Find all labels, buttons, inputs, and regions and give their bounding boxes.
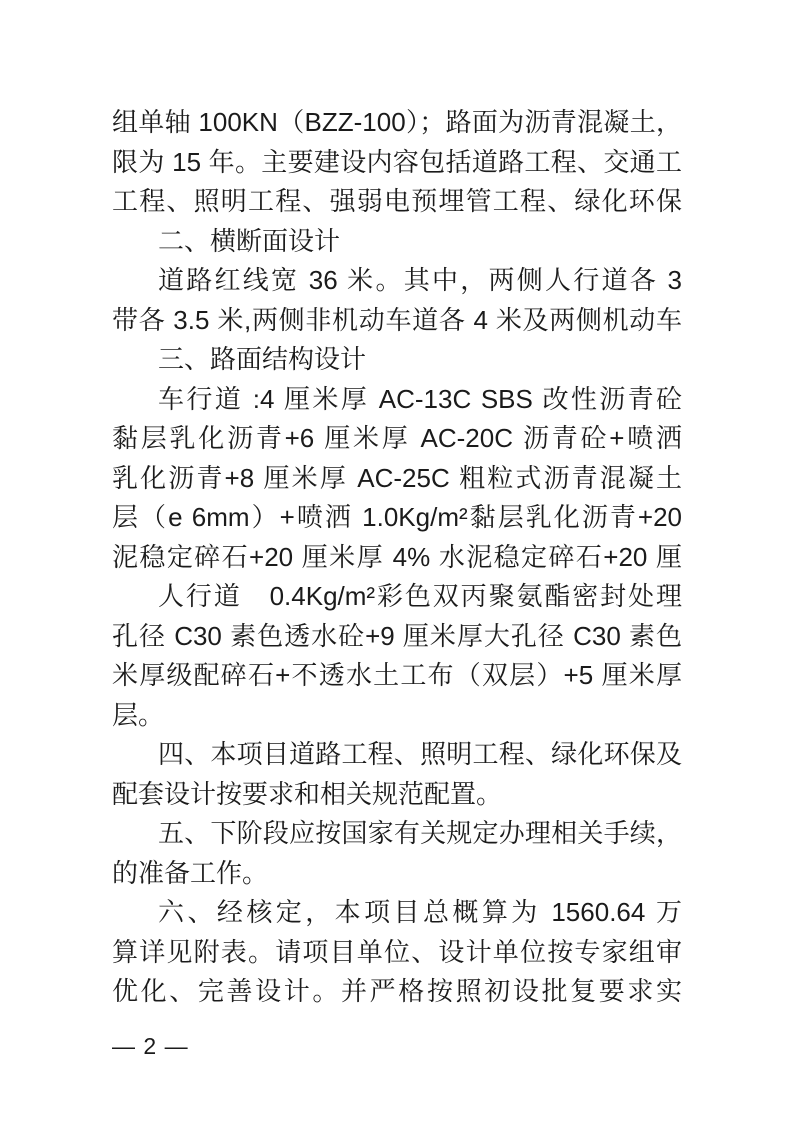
text-line: 道路红线宽 36 米。其中，两侧人行道各 3 米，两侧绿化 [112, 261, 682, 301]
document-body: 组单轴 100KN（BZZ-100）；路面为沥青混凝土，路面设计年限为 15 年… [112, 103, 682, 1012]
text-line: 五、下阶段应按国家有关规定办理相关手续，做好开工前 [112, 814, 682, 854]
text-line: 四、本项目道路工程、照明工程、绿化环保及附属工程等 [112, 735, 682, 775]
text-line: 限为 15 年。主要建设内容包括道路工程、交通工程、给排水 [112, 143, 682, 183]
section-heading-line: 三、路面结构设计 [112, 340, 682, 380]
text-line: 优化、完善设计。并严格按照初设批复要求实施，不得擅自改 [112, 972, 682, 1012]
text-line: 六、经核定，本项目总概算为 1560.64 万元，具体分项概 [112, 893, 682, 933]
text-line: 工程、照明工程、强弱电预埋管工程、绿化环保及附属工程等。 [112, 182, 682, 222]
text-line: 带各 3.5 米,两侧非机动车道各 4 米及两侧机动车道各 7.5 米。 [112, 301, 682, 341]
text-line: 米厚级配碎石+不透水土工布（双层）+5 厘米厚机制中砂保护 [112, 656, 682, 696]
page-number: — 2 — [112, 1032, 189, 1060]
text-line: 算详见附表。请项目单位、设计单位按专家组审查意见进一步 [112, 933, 682, 973]
section-heading-line: 二、横断面设计 [112, 222, 682, 262]
text-line: 的准备工作。 [112, 854, 682, 894]
text-line: 层。 [112, 696, 682, 736]
text-line: 层（e 6mm）+喷洒 1.0Kg/m²黏层乳化沥青+20 厘米厚 5% 水 [112, 498, 682, 538]
text-line: 车行道 :4 厘米厚 AC-13C SBS 改性沥青砼+喷洒 0.4Kg/m² [112, 380, 682, 420]
text-line: 黏层乳化沥青+6 厘米厚 AC-20C 沥青砼+喷洒 0.6Kg/m² 黏层 [112, 419, 682, 459]
text-line: 人行道 0.4Kg/m²彩色双丙聚氨酯密封处理+5 厘米厚小 [112, 577, 682, 617]
text-line: 孔径 C30 素色透水砼+9 厘米厚大孔径 C30 素色透水砼+15 厘 [112, 617, 682, 657]
text-line: 乳化沥青+8 厘米厚 AC-25C 粗粒式沥青混凝土+乳化沥青下封 [112, 459, 682, 499]
document-page: 组单轴 100KN（BZZ-100）；路面为沥青混凝土，路面设计年限为 15 年… [0, 0, 793, 1122]
text-line: 泥稳定碎石+20 厘米厚 4% 水泥稳定碎石+20 厘米厚级配碎石； [112, 538, 682, 578]
text-line: 配套设计按要求和相关规范配置。 [112, 775, 682, 815]
text-line: 组单轴 100KN（BZZ-100）；路面为沥青混凝土，路面设计年 [112, 103, 682, 143]
